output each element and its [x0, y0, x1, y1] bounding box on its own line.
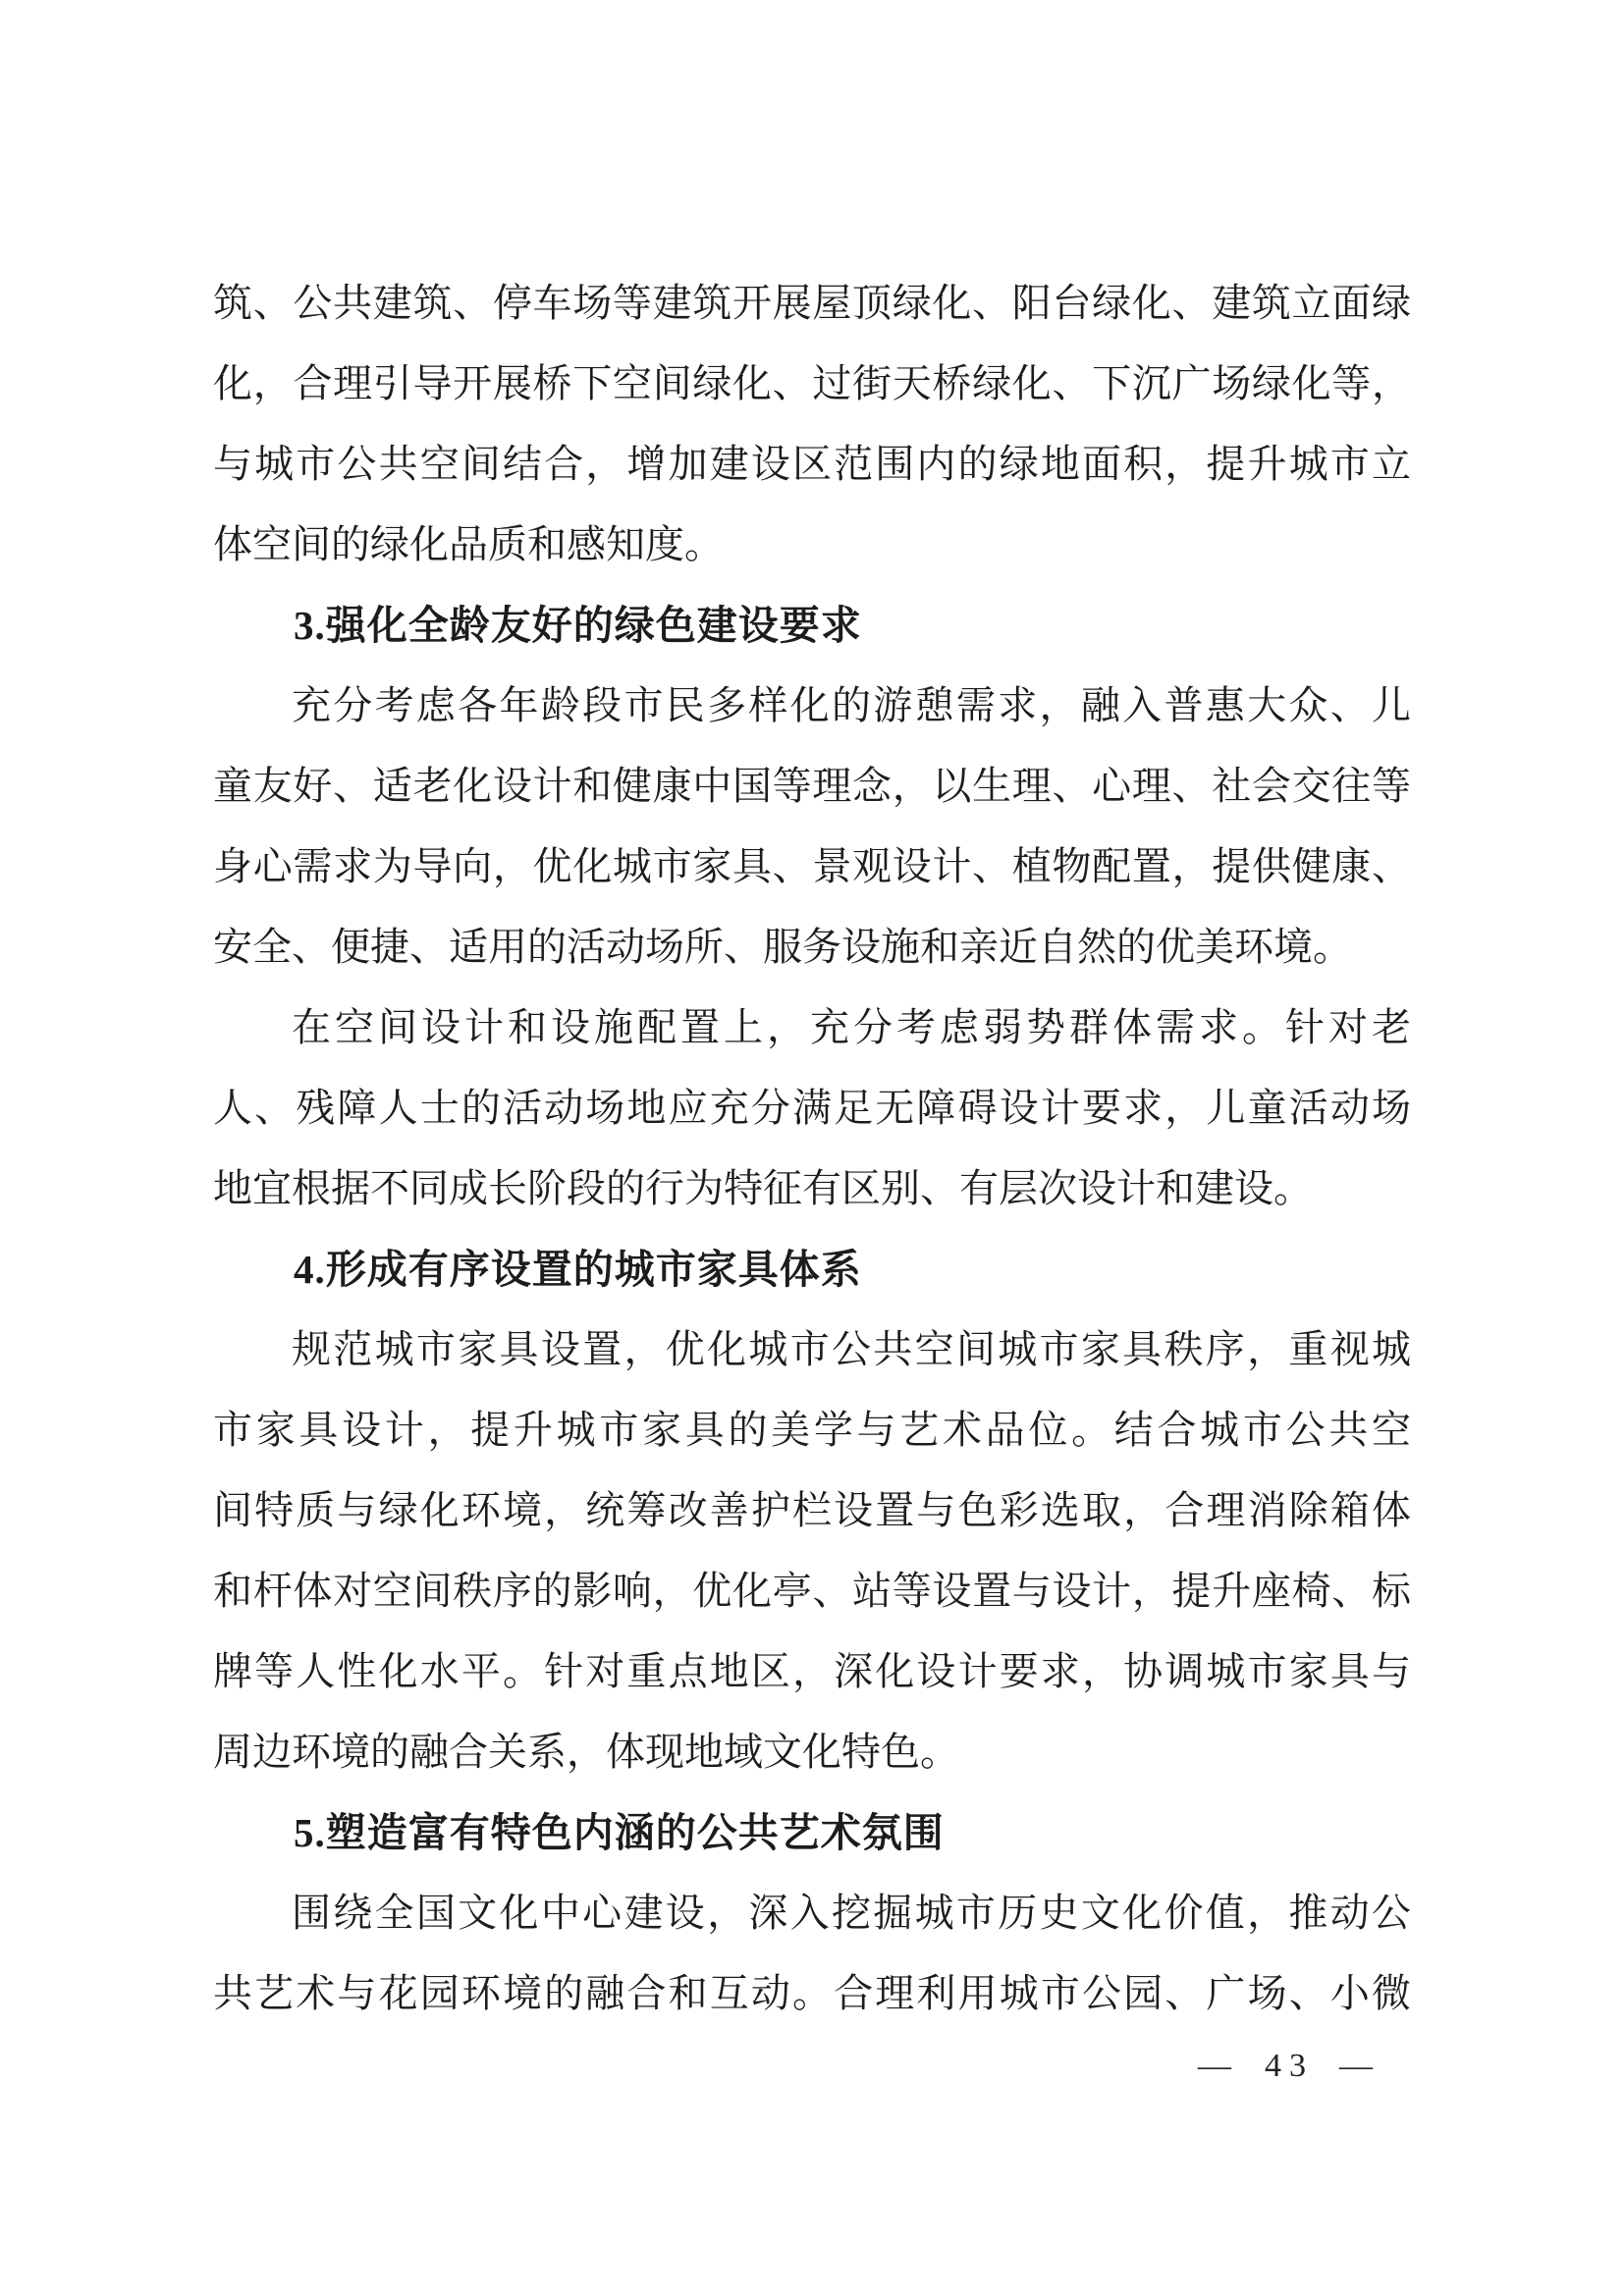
section-heading: 5.塑造富有特色内涵的公共艺术氛围 — [213, 1792, 1411, 1873]
paragraph-line: 围绕全国文化中心建设，深入挖掘城市历史文化价值，推动公 — [213, 1873, 1411, 1953]
section-heading: 3.强化全龄友好的绿色建设要求 — [213, 585, 1411, 666]
paragraph-line: 安全、便捷、适用的活动场所、服务设施和亲近自然的优美环境。 — [213, 907, 1411, 988]
paragraph-line: 周边环境的融合关系，体现地域文化特色。 — [213, 1712, 1411, 1792]
paragraph-line: 间特质与绿化环境，统筹改善护栏设置与色彩选取，合理消除箱体 — [213, 1470, 1411, 1551]
paragraph-line: 地宜根据不同成长阶段的行为特征有区别、有层次设计和建设。 — [213, 1148, 1411, 1229]
section-heading: 4.形成有序设置的城市家具体系 — [213, 1229, 1411, 1309]
paragraph-line: 人、残障人士的活动场地应充分满足无障碍设计要求，儿童活动场 — [213, 1068, 1411, 1148]
footer-dash-right: — — [1339, 2045, 1373, 2088]
paragraph-line: 与城市公共空间结合，增加建设区范围内的绿地面积，提升城市立 — [213, 424, 1411, 505]
paragraph-line: 身心需求为导向，优化城市家具、景观设计、植物配置，提供健康、 — [213, 827, 1411, 907]
document-body: 筑、公共建筑、停车场等建筑开展屋顶绿化、阳台绿化、建筑立面绿 化，合理引导开展桥… — [213, 263, 1411, 2034]
page-number: 43 — [1257, 2045, 1314, 2088]
document-page: 筑、公共建筑、停车场等建筑开展屋顶绿化、阳台绿化、建筑立面绿 化，合理引导开展桥… — [0, 0, 1624, 2296]
footer-dash-left: — — [1198, 2045, 1231, 2088]
paragraph-line: 规范城市家具设置，优化城市公共空间城市家具秩序，重视城 — [213, 1309, 1411, 1390]
page-footer: — 43 — — [1198, 2045, 1373, 2088]
paragraph-line: 和杆体对空间秩序的影响，优化亭、站等设置与设计，提升座椅、标 — [213, 1551, 1411, 1631]
paragraph-line: 童友好、适老化设计和健康中国等理念，以生理、心理、社会交往等 — [213, 746, 1411, 827]
paragraph-line: 市家具设计，提升城市家具的美学与艺术品位。结合城市公共空 — [213, 1390, 1411, 1470]
paragraph-line: 在空间设计和设施配置上，充分考虑弱势群体需求。针对老 — [213, 988, 1411, 1068]
paragraph-line: 化，合理引导开展桥下空间绿化、过街天桥绿化、下沉广场绿化等， — [213, 344, 1411, 424]
paragraph-line: 充分考虑各年龄段市民多样化的游憩需求，融入普惠大众、儿 — [213, 666, 1411, 746]
paragraph-line: 筑、公共建筑、停车场等建筑开展屋顶绿化、阳台绿化、建筑立面绿 — [213, 263, 1411, 344]
paragraph-line: 体空间的绿化品质和感知度。 — [213, 505, 1411, 585]
paragraph-line: 牌等人性化水平。针对重点地区，深化设计要求，协调城市家具与 — [213, 1631, 1411, 1712]
paragraph-line: 共艺术与花园环境的融合和互动。合理利用城市公园、广场、小微 — [213, 1953, 1411, 2034]
